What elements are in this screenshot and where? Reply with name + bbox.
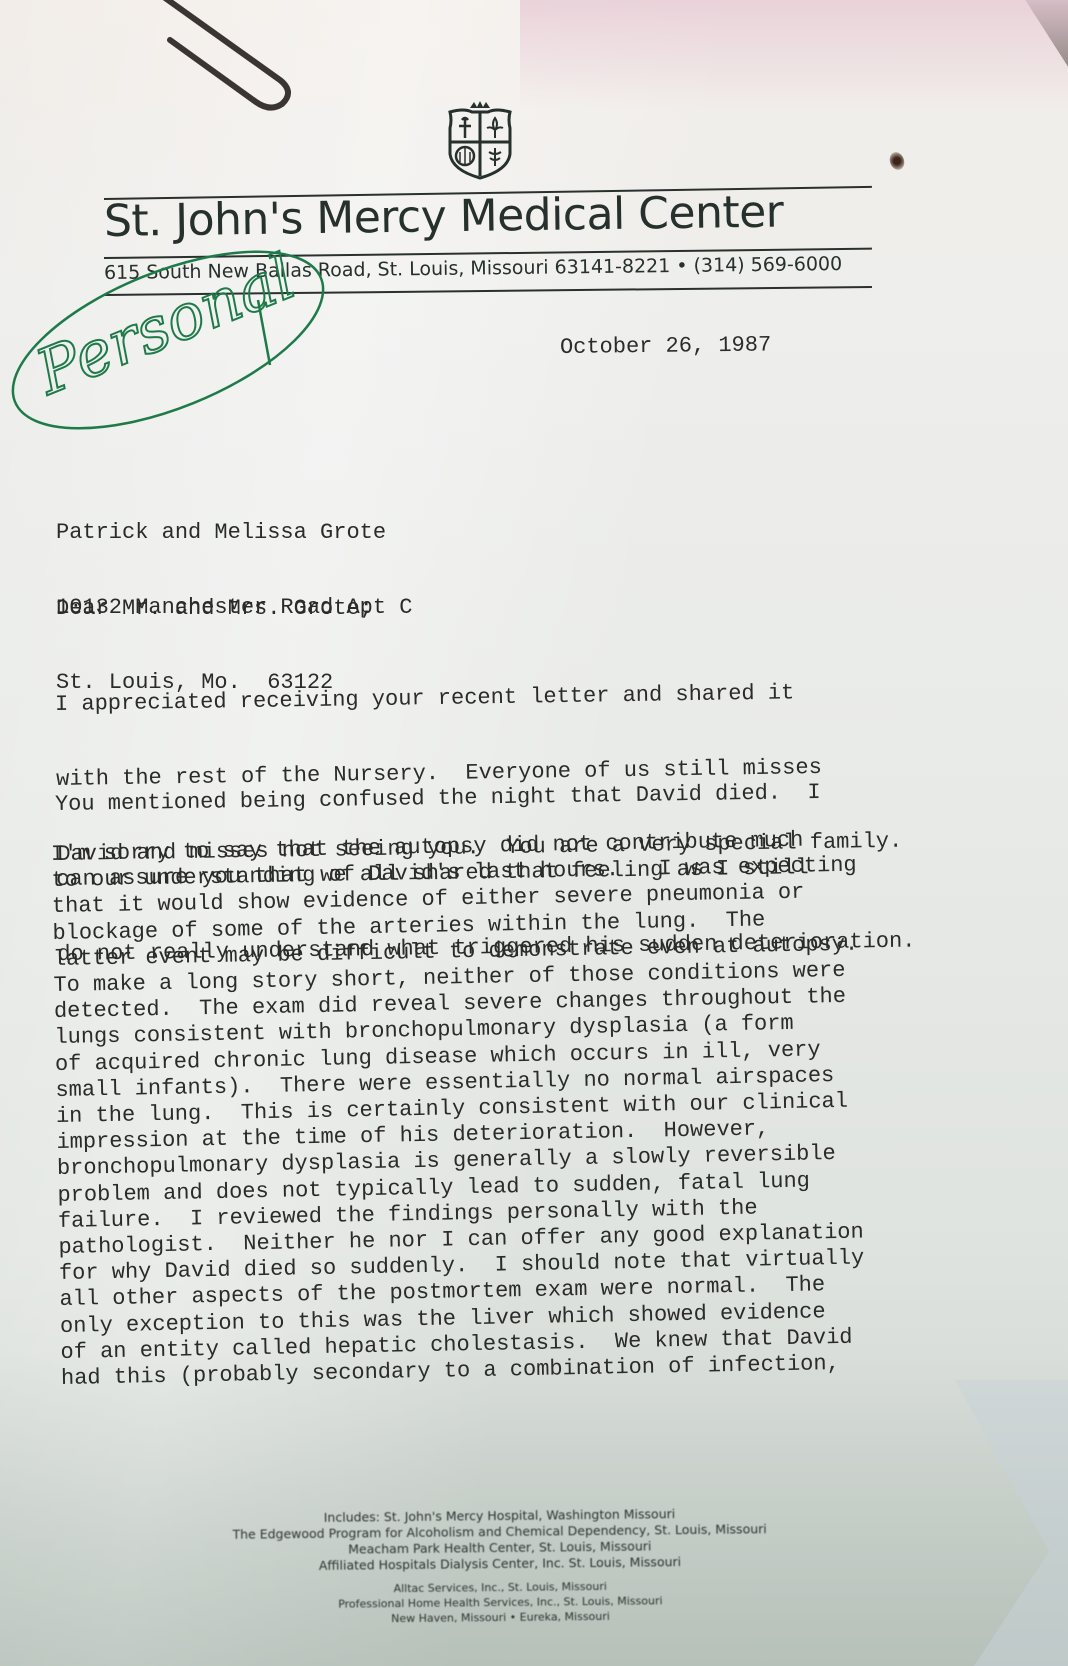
organization-name: St. John's Mercy Medical Center: [104, 185, 875, 247]
paper-tint: [520, 0, 1068, 110]
letterhead-footer: Includes: St. John's Mercy Hospital, Was…: [159, 1504, 840, 1628]
paragraph: I'm sorry to say that the autopsy did no…: [51, 827, 867, 1393]
affiliates-list: Includes: St. John's Mercy Hospital, Was…: [159, 1504, 840, 1575]
crest-shield-icon: [444, 100, 516, 180]
paragraph-line: You mentioned being confused the night t…: [55, 779, 913, 817]
services-list: Alltac Services, Inc., St. Louis, Missou…: [160, 1576, 840, 1628]
paperclip-icon: [130, 0, 300, 120]
recipient-name: Patrick and Melissa Grote: [56, 520, 412, 545]
personal-handwritten-stamp: Personal: [8, 240, 338, 450]
paragraph-line: I appreciated receiving your recent lett…: [55, 679, 900, 717]
letter-date: October 26, 1987: [560, 332, 772, 360]
salutation: Dear Mr. and Mrs. Grote;: [56, 596, 373, 621]
